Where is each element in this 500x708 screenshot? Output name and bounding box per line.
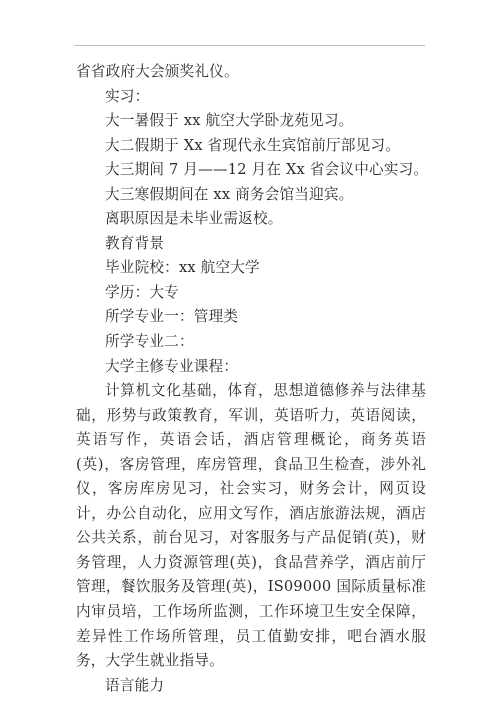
internship-item-3: 大三期间 7 月——12 月在 Xx 省会议中心实习。	[76, 158, 426, 183]
heading-education: 教育背景	[76, 232, 426, 257]
internship-item-4: 大三寒假期间在 xx 商务会馆当迎宾。	[76, 183, 426, 208]
text-line-award: 省省政府大会颁奖礼仪。	[76, 60, 426, 85]
heading-language: 语言能力	[76, 674, 426, 699]
major-two: 所学专业二：	[76, 330, 426, 355]
header-divider	[74, 45, 425, 46]
internship-item-2: 大二假期于 Xx 省现代永生宾馆前厅部见习。	[76, 134, 426, 159]
heading-courses: 大学主修专业课程：	[76, 355, 426, 380]
internship-item-1: 大一暑假于 xx 航空大学卧龙苑见习。	[76, 109, 426, 134]
graduate-school: 毕业院校：xx 航空大学	[76, 256, 426, 281]
document-body: 省省政府大会颁奖礼仪。 实习： 大一暑假于 xx 航空大学卧龙苑见习。 大二假期…	[76, 60, 426, 698]
courses-paragraph: 计算机文化基础，体育，思想道德修养与法律基础，形势与政策教育，军训，英语听力，英…	[76, 379, 426, 674]
major-one: 所学专业一：管理类	[76, 305, 426, 330]
degree: 学历：大专	[76, 281, 426, 306]
leave-reason: 离职原因是未毕业需返校。	[76, 207, 426, 232]
heading-internship: 实习：	[76, 85, 426, 110]
